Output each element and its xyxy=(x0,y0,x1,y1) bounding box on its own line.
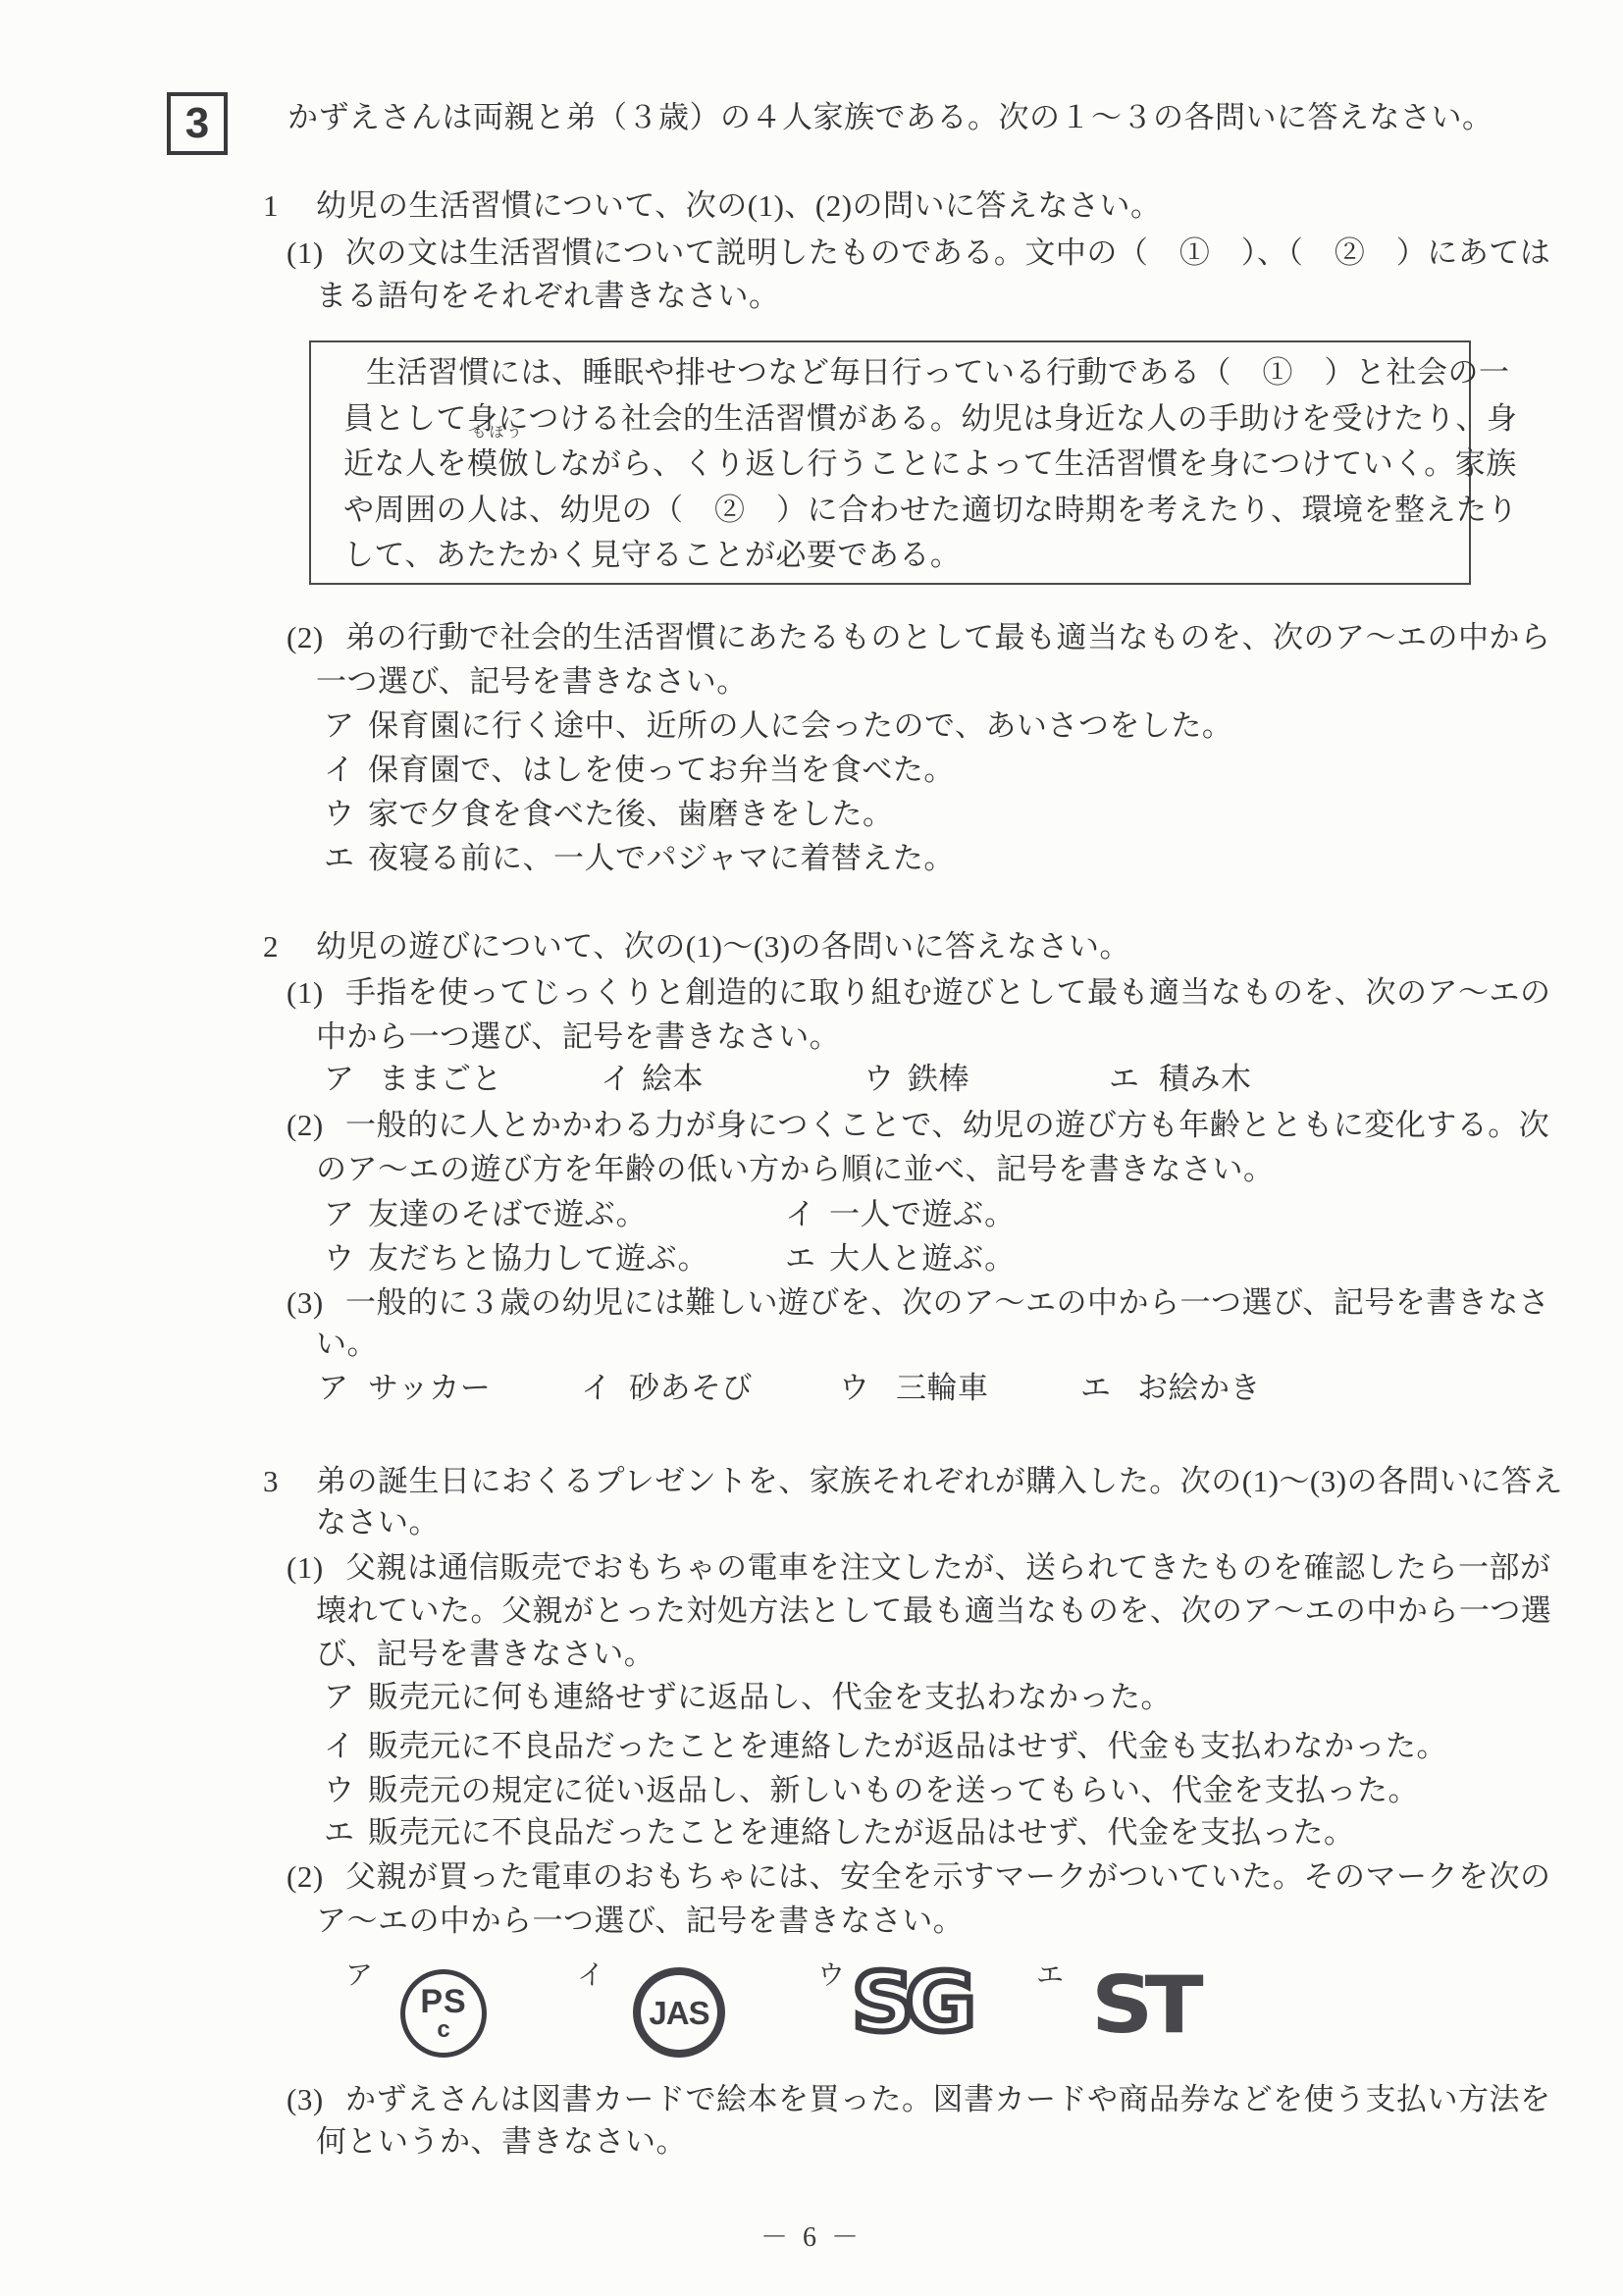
choice-text: 家で夕食を食べた後、歯磨きをした。 xyxy=(368,797,894,831)
q1-p2-line2: 一つ選び、記号を書きなさい。 xyxy=(316,662,748,702)
q2-p1-text1: 手指を使ってじっくりと創造的に取り組む遊びとして最も適当なものを、次のア～エの xyxy=(345,975,1551,1010)
choice-marker: ウ xyxy=(324,1239,368,1278)
choice-text: 友達のそばで遊ぶ。 xyxy=(368,1197,647,1231)
q2-p1-option-c: ウ鉄棒 xyxy=(864,1060,969,1099)
q3-p1-option-a: ア販売元に何も連絡せずに返品し、代金を支払わなかった。 xyxy=(324,1678,1172,1717)
choice-text: 三輪車 xyxy=(896,1371,989,1405)
exam-page: 3 かずえさんは両親と弟（３歳）の４人家族である。次の１～３の各問いに答えなさい… xyxy=(0,0,1623,2296)
q2-p3-option-b: イ砂あそび xyxy=(581,1369,753,1408)
q2-p2-marker: (2) xyxy=(287,1106,345,1145)
choice-text: サッカー xyxy=(368,1371,491,1405)
q3-p1-line1: (1)父親は通信販売でおもちゃの電車を注文したが、送られてきたものを確認したら一… xyxy=(287,1548,1551,1588)
q2-p2-option-d: エ大人と遊ぶ。 xyxy=(785,1239,1016,1278)
q1-p1-line2: まる語句をそれぞれ書きなさい。 xyxy=(316,277,780,316)
q1-heading-line: 1幼児の生活習慣について、次の(1)、(2)の問いに答えなさい。 xyxy=(263,186,1162,226)
jas-mark: JAS xyxy=(633,1967,725,2058)
q2-p2-text1: 一般的に人とかかわる力が身につくことで、幼児の遊び方も年齢とともに変化する。次 xyxy=(345,1108,1549,1142)
choice-text: 販売元に不良品だったことを連絡したが返品はせず、代金を支払った。 xyxy=(368,1815,1355,1850)
question-intro: かずえさんは両親と弟（３歳）の４人家族である。次の１～３の各問いに答えなさい。 xyxy=(288,98,1493,137)
choice-marker: イ xyxy=(601,1060,642,1099)
q3-p1-option-c: ウ販売元の規定に従い返品し、新しいものを送ってもらい、代金を支払った。 xyxy=(324,1771,1419,1810)
box-line1: 生活習慣には、睡眠や排せつなど毎日行っている行動である（ ① ）と社会の一 xyxy=(366,353,1510,392)
q1-number: 1 xyxy=(263,186,316,226)
box-line5: して、あたたかく見守ることが必要である。 xyxy=(343,536,961,575)
choice-marker: ウ xyxy=(324,1771,368,1810)
ruby-base: もほう模倣 xyxy=(467,444,529,484)
page-number: － 6 － xyxy=(0,2216,1623,2255)
choice-marker: イ xyxy=(324,1727,368,1766)
choice-marker: エ xyxy=(324,1813,368,1852)
choice-marker: ウ xyxy=(864,1060,908,1099)
q3-p3-line1: (3)かずえさんは図書カードで絵本を買った。図書カードや商品券などを使う支払い方… xyxy=(287,2080,1551,2119)
q2-p3-line2: い。 xyxy=(316,1325,378,1364)
q2-p2-line1: (2)一般的に人とかかわる力が身につくことで、幼児の遊び方も年齢とともに変化する… xyxy=(287,1106,1549,1145)
choice-marker: ア xyxy=(318,1369,368,1408)
choice-marker: ア xyxy=(324,1060,379,1099)
q1-p1-text1: 次の文は生活習慣について説明したものである。文中の（ ① ）、（ ② ）にあては xyxy=(345,235,1550,270)
q1-heading: 幼児の生活習慣について、次の(1)、(2)の問いに答えなさい。 xyxy=(316,188,1162,223)
q1-p2-option-b: イ保育園で、はしを使ってお弁当を食べた。 xyxy=(324,751,955,790)
box-line3-pre: 近な人を xyxy=(343,446,467,481)
choice-text: 大人と遊ぶ。 xyxy=(829,1241,1016,1276)
q2-p1-option-a: アままごと xyxy=(324,1060,502,1099)
mark-choice-a-label: ア xyxy=(345,1960,373,1992)
q2-heading-line: 2幼児の遊びについて、次の(1)～(3)の各問いに答えなさい。 xyxy=(263,927,1130,966)
choice-marker: イ xyxy=(581,1369,629,1408)
box-line3: 近な人をもほう模倣しながら、くり返し行うことによって生活習慣を身につけていく。家… xyxy=(343,444,1517,484)
choice-text: 保育園に行く途中、近所の人に会ったので、あいさつをした。 xyxy=(368,708,1232,743)
q2-p1-option-b: イ絵本 xyxy=(601,1060,704,1099)
q3-p1-text1: 父親は通信販売でおもちゃの電車を注文したが、送られてきたものを確認したら一部が xyxy=(345,1550,1551,1585)
q3-p3-line2: 何というか、書きなさい。 xyxy=(316,2122,687,2162)
mark-choice-d-label: エ xyxy=(1036,1960,1064,1992)
q3-number: 3 xyxy=(263,1462,316,1501)
q2-p3-option-d: エお絵かき xyxy=(1080,1369,1261,1408)
q3-p3-text1: かずえさんは図書カードで絵本を買った。図書カードや商品券などを使う支払い方法を xyxy=(345,2082,1551,2116)
q3-p1-option-d: エ販売元に不良品だったことを連絡したが返品はせず、代金を支払った。 xyxy=(324,1813,1355,1852)
q2-p3-line1: (3)一般的に３歳の幼児には難しい遊びを、次のア～エの中から一つ選び、記号を書き… xyxy=(287,1283,1549,1323)
q2-p1-marker: (1) xyxy=(287,973,345,1013)
q2-p1-option-d: エ積み木 xyxy=(1109,1060,1252,1099)
q2-number: 2 xyxy=(263,927,316,966)
choice-text: 販売元の規定に従い返品し、新しいものを送ってもらい、代金を支払った。 xyxy=(368,1773,1419,1807)
ruby-annotation: もほう xyxy=(471,426,524,441)
q3-p2-line2: ア～エの中から一つ選び、記号を書きなさい。 xyxy=(316,1902,964,1941)
q3-heading-line1: 3弟の誕生日におくるプレゼントを、家族それぞれが購入した。次の(1)～(3)の各… xyxy=(263,1462,1563,1501)
choice-marker: ア xyxy=(324,1195,368,1234)
q2-p3-option-a: アサッカー xyxy=(318,1369,491,1408)
q1-p2-option-a: ア保育園に行く途中、近所の人に会ったので、あいさつをした。 xyxy=(324,706,1232,746)
choice-marker: ウ xyxy=(324,795,368,834)
mark-choice-b-label: イ xyxy=(577,1960,604,1992)
q3-p2-line1: (2)父親が買った電車のおもちゃには、安全を示すマークがついていた。そのマークを… xyxy=(287,1857,1551,1897)
choice-text: 積み木 xyxy=(1159,1062,1252,1096)
q3-p2-text1: 父親が買った電車のおもちゃには、安全を示すマークがついていた。そのマークを次の xyxy=(345,1859,1551,1894)
q3-p1-line3: び、記号を書きなさい。 xyxy=(316,1635,654,1674)
box-line4: や周囲の人は、幼児の（ ② ）に合わせた適切な時期を考えたり、環境を整えたり xyxy=(343,491,1518,530)
jas-mark-text: JAS xyxy=(649,1997,708,2029)
choice-marker: ア xyxy=(324,1678,368,1717)
q3-p1-option-b: イ販売元に不良品だったことを連絡したが返品はせず、代金も支払わなかった。 xyxy=(324,1727,1447,1766)
choice-text: 絵本 xyxy=(642,1062,704,1096)
q1-p2-line1: (2)弟の行動で社会的生活習慣にあたるものとして最も適当なものを、次のア～エの中… xyxy=(287,618,1551,657)
ruby-base-text: 模倣 xyxy=(467,446,529,481)
q3-p1-line2: 壊れていた。父親がとった対処方法として最も適当なものを、次のア～エの中から一つ選 xyxy=(316,1592,1551,1631)
q1-p1-line1: (1)次の文は生活習慣について説明したものである。文中の（ ① ）、（ ② ）に… xyxy=(287,234,1550,273)
big-question-number-box: 3 xyxy=(167,92,228,155)
q3-heading: 弟の誕生日におくるプレゼントを、家族それぞれが購入した。次の(1)～(3)の各問… xyxy=(316,1464,1563,1498)
q1-p2-option-c: ウ家で夕食を食べた後、歯磨きをした。 xyxy=(324,795,894,834)
choice-text: お絵かき xyxy=(1137,1371,1261,1405)
st-mark: ST xyxy=(1091,1966,1195,2045)
choice-marker: エ xyxy=(1080,1369,1137,1408)
box-line3-post: しながら、くり返し行うことによって生活習慣を身につけていく。家族 xyxy=(529,446,1517,481)
q2-p2-option-a: ア友達のそばで遊ぶ。 xyxy=(324,1195,647,1234)
q2-p3-marker: (3) xyxy=(287,1283,345,1323)
choice-marker: ウ xyxy=(839,1369,896,1408)
q3-p3-marker: (3) xyxy=(287,2080,345,2119)
q2-p2-option-b: イ一人で遊ぶ。 xyxy=(785,1195,1016,1234)
q2-p1-line1: (1)手指を使ってじっくりと創造的に取り組む遊びとして最も適当なものを、次のア～… xyxy=(287,973,1551,1013)
q2-p3-option-c: ウ三輪車 xyxy=(839,1369,989,1408)
choice-text: 販売元に不良品だったことを連絡したが返品はせず、代金も支払わなかった。 xyxy=(368,1729,1447,1763)
choice-text: 友だちと協力して遊ぶ。 xyxy=(368,1241,708,1276)
choice-text: ままごと xyxy=(379,1062,502,1096)
psc-mark-text-bottom: c xyxy=(437,2018,449,2042)
q2-heading: 幼児の遊びについて、次の(1)～(3)の各問いに答えなさい。 xyxy=(316,929,1130,964)
mark-choice-c-label: ウ xyxy=(817,1960,845,1992)
big-question-number: 3 xyxy=(185,99,209,148)
choice-marker: エ xyxy=(785,1239,829,1278)
choice-text: 夜寝る前に、一人でパジャマに着替えた。 xyxy=(368,841,955,875)
q2-p1-line2: 中から一つ選び、記号を書きなさい。 xyxy=(316,1018,840,1057)
choice-marker: エ xyxy=(324,839,368,878)
q1-p1-marker: (1) xyxy=(287,234,345,273)
q1-p2-marker: (2) xyxy=(287,618,345,657)
q3-p1-marker: (1) xyxy=(287,1548,345,1588)
q3-heading-line2: なさい。 xyxy=(316,1503,440,1542)
choice-marker: イ xyxy=(324,751,368,790)
choice-text: 砂あそび xyxy=(629,1371,753,1405)
sg-mark: SG xyxy=(852,1962,968,2044)
q1-p2-text1: 弟の行動で社会的生活習慣にあたるものとして最も適当なものを、次のア～エの中から xyxy=(345,620,1551,654)
choice-text: 販売元に何も連絡せずに返品し、代金を支払わなかった。 xyxy=(368,1680,1172,1714)
choice-text: 保育園で、はしを使ってお弁当を食べた。 xyxy=(368,753,955,787)
q2-p2-option-c: ウ友だちと協力して遊ぶ。 xyxy=(324,1239,708,1278)
choice-marker: エ xyxy=(1109,1060,1159,1099)
psc-mark-text-top: PS xyxy=(420,1985,466,2018)
q1-p2-option-d: エ夜寝る前に、一人でパジャマに着替えた。 xyxy=(324,839,955,878)
q2-p3-text1: 一般的に３歳の幼児には難しい遊びを、次のア～エの中から一つ選び、記号を書きなさ xyxy=(345,1285,1549,1320)
psc-mark: PS c xyxy=(400,1969,487,2058)
choice-marker: イ xyxy=(785,1195,829,1234)
q3-p2-marker: (2) xyxy=(287,1857,345,1897)
q2-p2-line2: のア～エの遊び方を年齢の低い方から順に並べ、記号を書きなさい。 xyxy=(316,1150,1275,1189)
choice-text: 鉄棒 xyxy=(908,1062,969,1096)
choice-marker: ア xyxy=(324,706,368,746)
choice-text: 一人で遊ぶ。 xyxy=(829,1197,1016,1231)
